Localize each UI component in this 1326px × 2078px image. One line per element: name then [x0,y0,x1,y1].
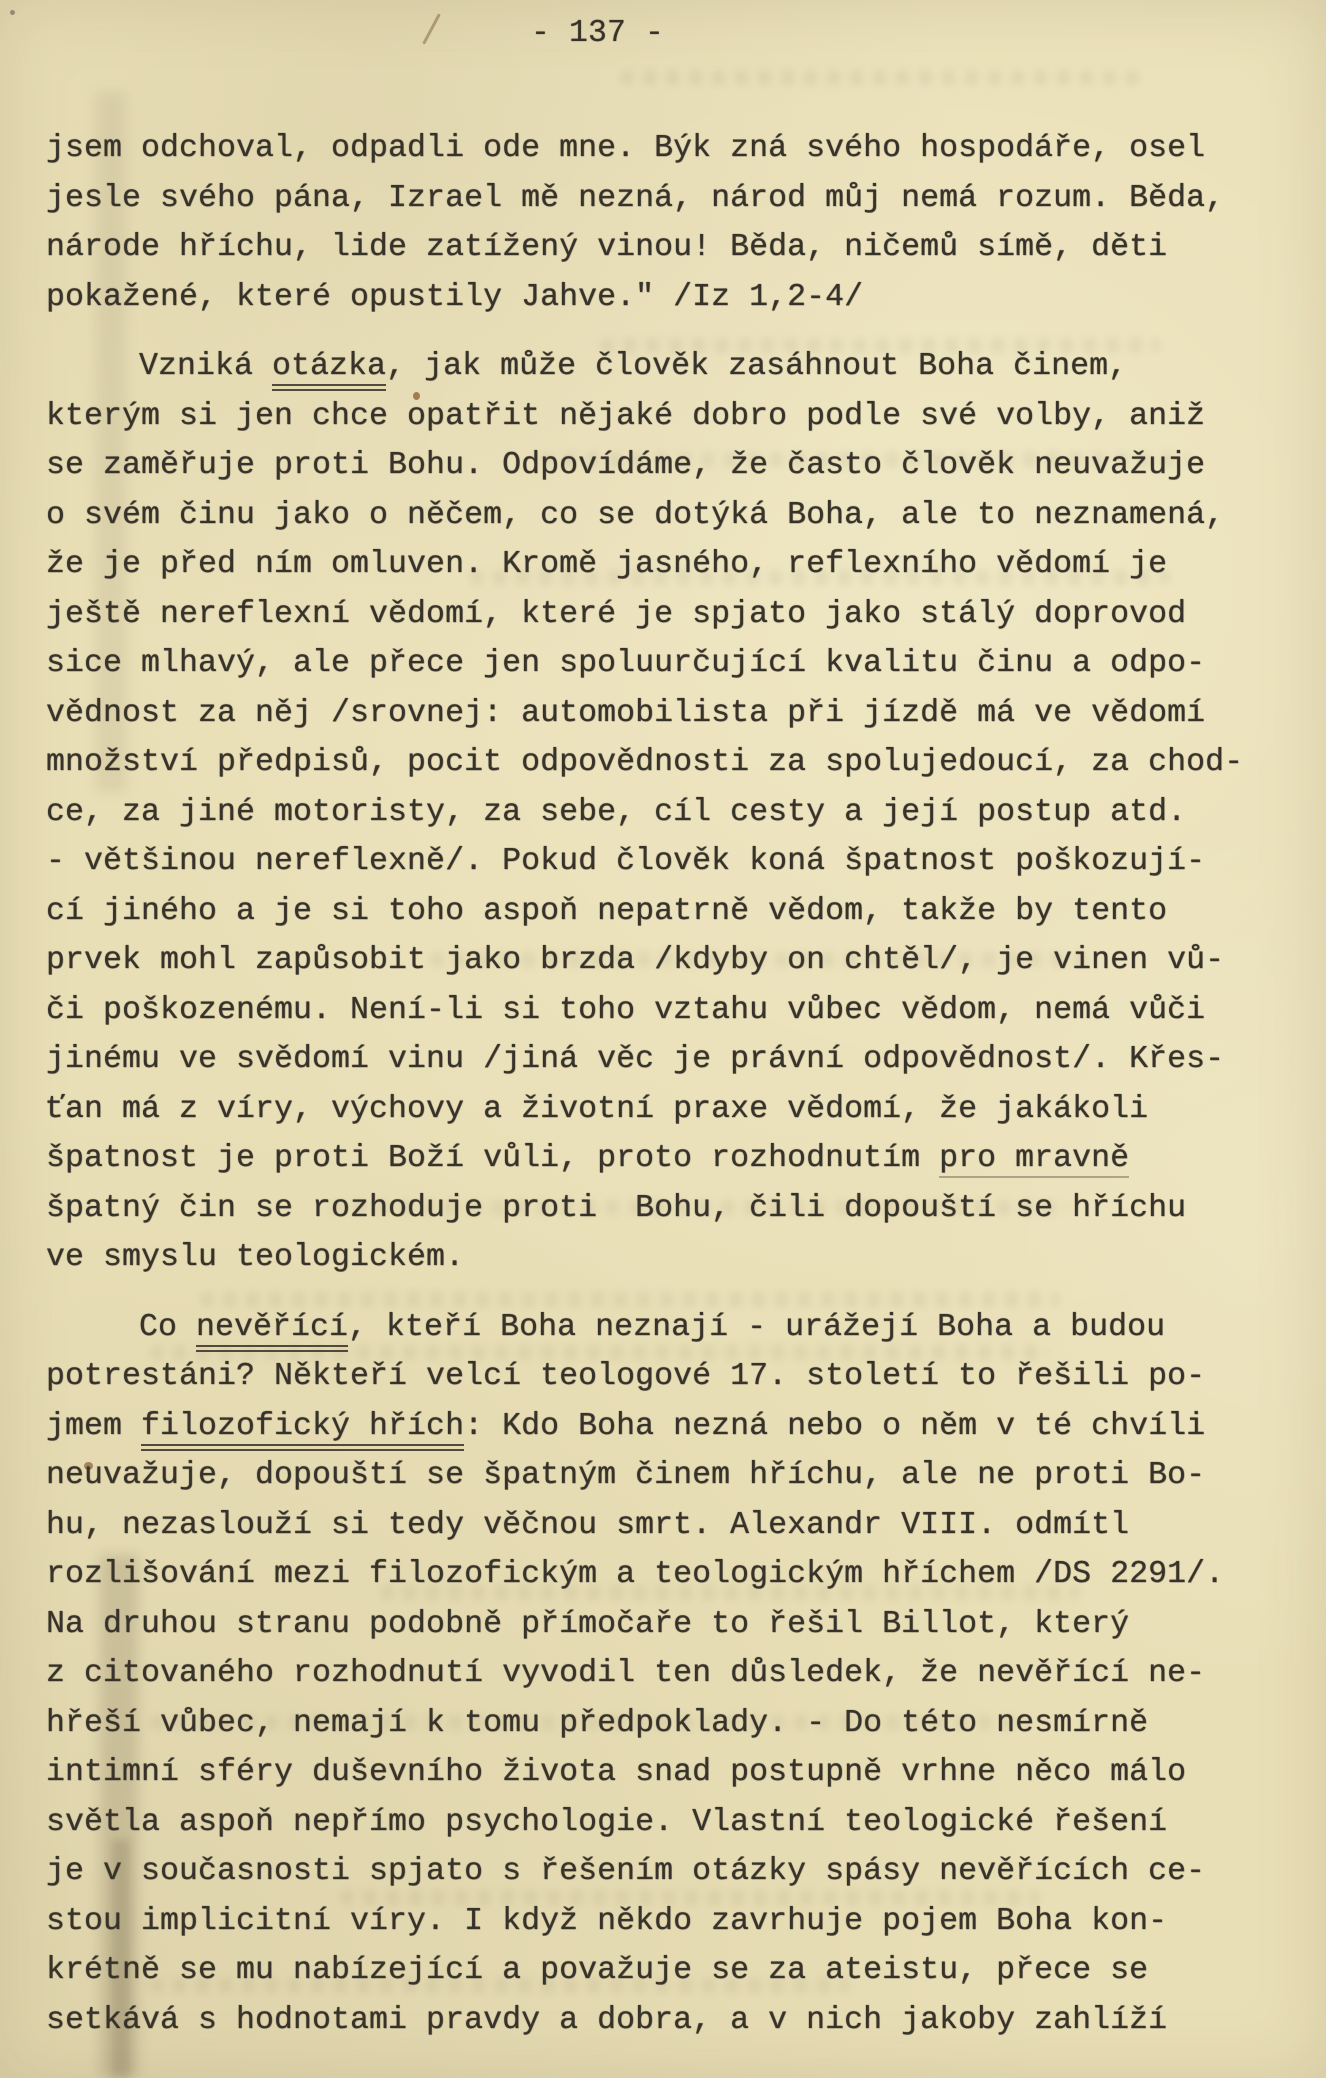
paragraph: Vzniká otázka, jak může člověk zasáhnout… [46,342,1286,1283]
text-line: národe hříchu, lide zatížený vinou! Běda… [46,223,1286,273]
bleed-through-mark [620,70,1140,85]
text-line: Vzniká otázka, jak může člověk zasáhnout… [46,342,1286,392]
text-segment: světla aspoň nepřímo psychologie. Vlastn… [46,1805,1167,1840]
text-line: Co nevěřící, kteří Boha neznají - urážej… [46,1303,1286,1353]
text-segment: množství předpisů, pocit odpovědnosti za… [46,745,1243,780]
text-segment: vědnost za něj /srovnej: automobilista p… [46,696,1205,731]
text-segment: národe hříchu, lide zatížený vinou! Běda… [46,230,1167,265]
text-segment: o svém činu jako o něčem, co se dotýká B… [46,498,1224,533]
text-segment: či poškozenému. Není-li si toho vztahu v… [46,993,1205,1028]
text-segment: ve smyslu teologickém. [46,1240,464,1275]
text-line: jesle svého pána, Izrael mě nezná, národ… [46,174,1286,224]
text-segment: kterým si jen chce opatřit nějaké dobro … [46,399,1205,434]
underlined-phrase: pro mravně [939,1141,1129,1178]
text-line: množství předpisů, pocit odpovědnosti za… [46,738,1286,788]
text-segment: jmem [46,1409,141,1444]
text-segment: sice mlhavý, ale přece jen spoluurčující… [46,646,1205,681]
text-segment: , jak může člověk zasáhnout Boha činem, [386,349,1127,384]
text-segment: špatnost je proti Boží vůli, proto rozho… [46,1141,939,1176]
text-line: je v současnosti spjato s řešením otázky… [46,1847,1286,1897]
text-line: jsem odchoval, odpadli ode mne. Býk zná … [46,124,1286,174]
text-segment: : Kdo Boha nezná nebo o něm v té chvíli [464,1409,1205,1444]
text-line: světla aspoň nepřímo psychologie. Vlastn… [46,1798,1286,1848]
paper-fiber-scratch [422,13,441,44]
text-segment: stou implicitní víry. I když někdo zavrh… [46,1904,1167,1939]
text-line: ťan má z víry, výchovy a životní praxe v… [46,1085,1286,1135]
paragraph: jsem odchoval, odpadli ode mne. Býk zná … [46,124,1286,322]
text-line: jmem filozofický hřích: Kdo Boha nezná n… [46,1402,1286,1452]
text-segment: setkává s hodnotami pravdy a dobra, a v … [46,2003,1167,2038]
text-segment: cí jiného a je si toho aspoň nepatrně vě… [46,894,1167,929]
text-line: potrestáni? Někteří velcí teologové 17. … [46,1352,1286,1402]
text-segment: ťan má z víry, výchovy a životní praxe v… [46,1092,1148,1127]
document-body: jsem odchoval, odpadli ode mne. Býk zná … [46,124,1286,2045]
text-line: že je před ním omluven. Kromě jasného, r… [46,540,1286,590]
text-segment: špatný čin se rozhoduje proti Bohu, čili… [46,1191,1186,1226]
text-line: ještě nereflexní vědomí, které je spjato… [46,590,1286,640]
text-line: či poškozenému. Není-li si toho vztahu v… [46,986,1286,1036]
text-line: neuvažuje, dopouští se špatným činem hří… [46,1451,1286,1501]
text-segment: neuvažuje, dopouští se špatným činem hří… [46,1458,1205,1493]
text-segment: Co [139,1310,196,1345]
text-segment: jesle svého pána, Izrael mě nezná, národ… [46,181,1224,216]
text-line: špatnost je proti Boží vůli, proto rozho… [46,1134,1286,1184]
text-line: setkává s hodnotami pravdy a dobra, a v … [46,1996,1286,2046]
text-segment: prvek mohl zapůsobit jako brzda /kdyby o… [46,943,1224,978]
text-line: kterým si jen chce opatřit nějaké dobro … [46,392,1286,442]
text-segment: - většinou nereflexně/. Pokud člověk kon… [46,844,1205,879]
text-segment: potrestáni? Někteří velcí teologové 17. … [46,1359,1205,1394]
scanned-page: - 137 - jsem odchoval, odpadli ode mne. … [0,0,1326,2078]
text-line: hu, nezaslouží si tedy věčnou smrt. Alex… [46,1501,1286,1551]
text-segment: ještě nereflexní vědomí, které je spjato… [46,597,1186,632]
text-segment: krétně se mu nabízející a považuje se za… [46,1953,1148,1988]
text-segment: jinému ve svědomí vinu /jiná věc je práv… [46,1042,1224,1077]
text-line: sice mlhavý, ale přece jen spoluurčující… [46,639,1286,689]
text-segment: hřeší vůbec, nemají k tomu předpoklady. … [46,1706,1148,1741]
text-line: ce, za jiné motoristy, za sebe, cíl cest… [46,788,1286,838]
underlined-phrase: otázka [272,349,386,391]
text-segment: rozlišování mezi filozofickým a teologic… [46,1557,1224,1592]
text-line: o svém činu jako o něčem, co se dotýká B… [46,491,1286,541]
text-segment: z citovaného rozhodnutí vyvodil ten důsl… [46,1656,1205,1691]
underlined-phrase: filozofický hřích [141,1409,464,1451]
text-line: prvek mohl zapůsobit jako brzda /kdyby o… [46,936,1286,986]
text-segment: Vzniká [139,349,272,384]
text-line: rozlišování mezi filozofickým a teologic… [46,1550,1286,1600]
text-line: pokažené, které opustily Jahve." /Iz 1,2… [46,273,1286,323]
text-line: intimní sféry duševního života snad post… [46,1748,1286,1798]
text-line: hřeší vůbec, nemají k tomu předpoklady. … [46,1699,1286,1749]
text-segment: , kteří Boha neznají - urážejí Boha a bu… [348,1310,1165,1345]
text-segment: že je před ním omluven. Kromě jasného, r… [46,547,1167,582]
text-line: krétně se mu nabízející a považuje se za… [46,1946,1286,1996]
page-number: - 137 - [531,16,664,51]
text-line: - většinou nereflexně/. Pokud člověk kon… [46,837,1286,887]
text-segment: pokažené, které opustily Jahve." /Iz 1,2… [46,280,863,315]
text-line: stou implicitní víry. I když někdo zavrh… [46,1897,1286,1947]
paragraph: Co nevěřící, kteří Boha neznají - urážej… [46,1303,1286,2046]
text-segment: intimní sféry duševního života snad post… [46,1755,1186,1790]
text-line: špatný čin se rozhoduje proti Bohu, čili… [46,1184,1286,1234]
text-line: jinému ve svědomí vinu /jiná věc je práv… [46,1035,1286,1085]
text-line: se zaměřuje proti Bohu. Odpovídáme, že č… [46,441,1286,491]
text-segment: jsem odchoval, odpadli ode mne. Býk zná … [46,131,1205,166]
text-segment: se zaměřuje proti Bohu. Odpovídáme, že č… [46,448,1205,483]
underlined-phrase: nevěřící [196,1310,348,1352]
text-line: cí jiného a je si toho aspoň nepatrně vě… [46,887,1286,937]
paper-stain-speck [10,10,15,15]
text-segment: ce, za jiné motoristy, za sebe, cíl cest… [46,795,1186,830]
text-line: z citovaného rozhodnutí vyvodil ten důsl… [46,1649,1286,1699]
text-segment: Na druhou stranu podobně přímočaře to ře… [46,1607,1129,1642]
text-line: vědnost za něj /srovnej: automobilista p… [46,689,1286,739]
text-line: Na druhou stranu podobně přímočaře to ře… [46,1600,1286,1650]
text-segment: je v současnosti spjato s řešením otázky… [46,1854,1205,1889]
text-line: ve smyslu teologickém. [46,1233,1286,1283]
text-segment: hu, nezaslouží si tedy věčnou smrt. Alex… [46,1508,1129,1543]
